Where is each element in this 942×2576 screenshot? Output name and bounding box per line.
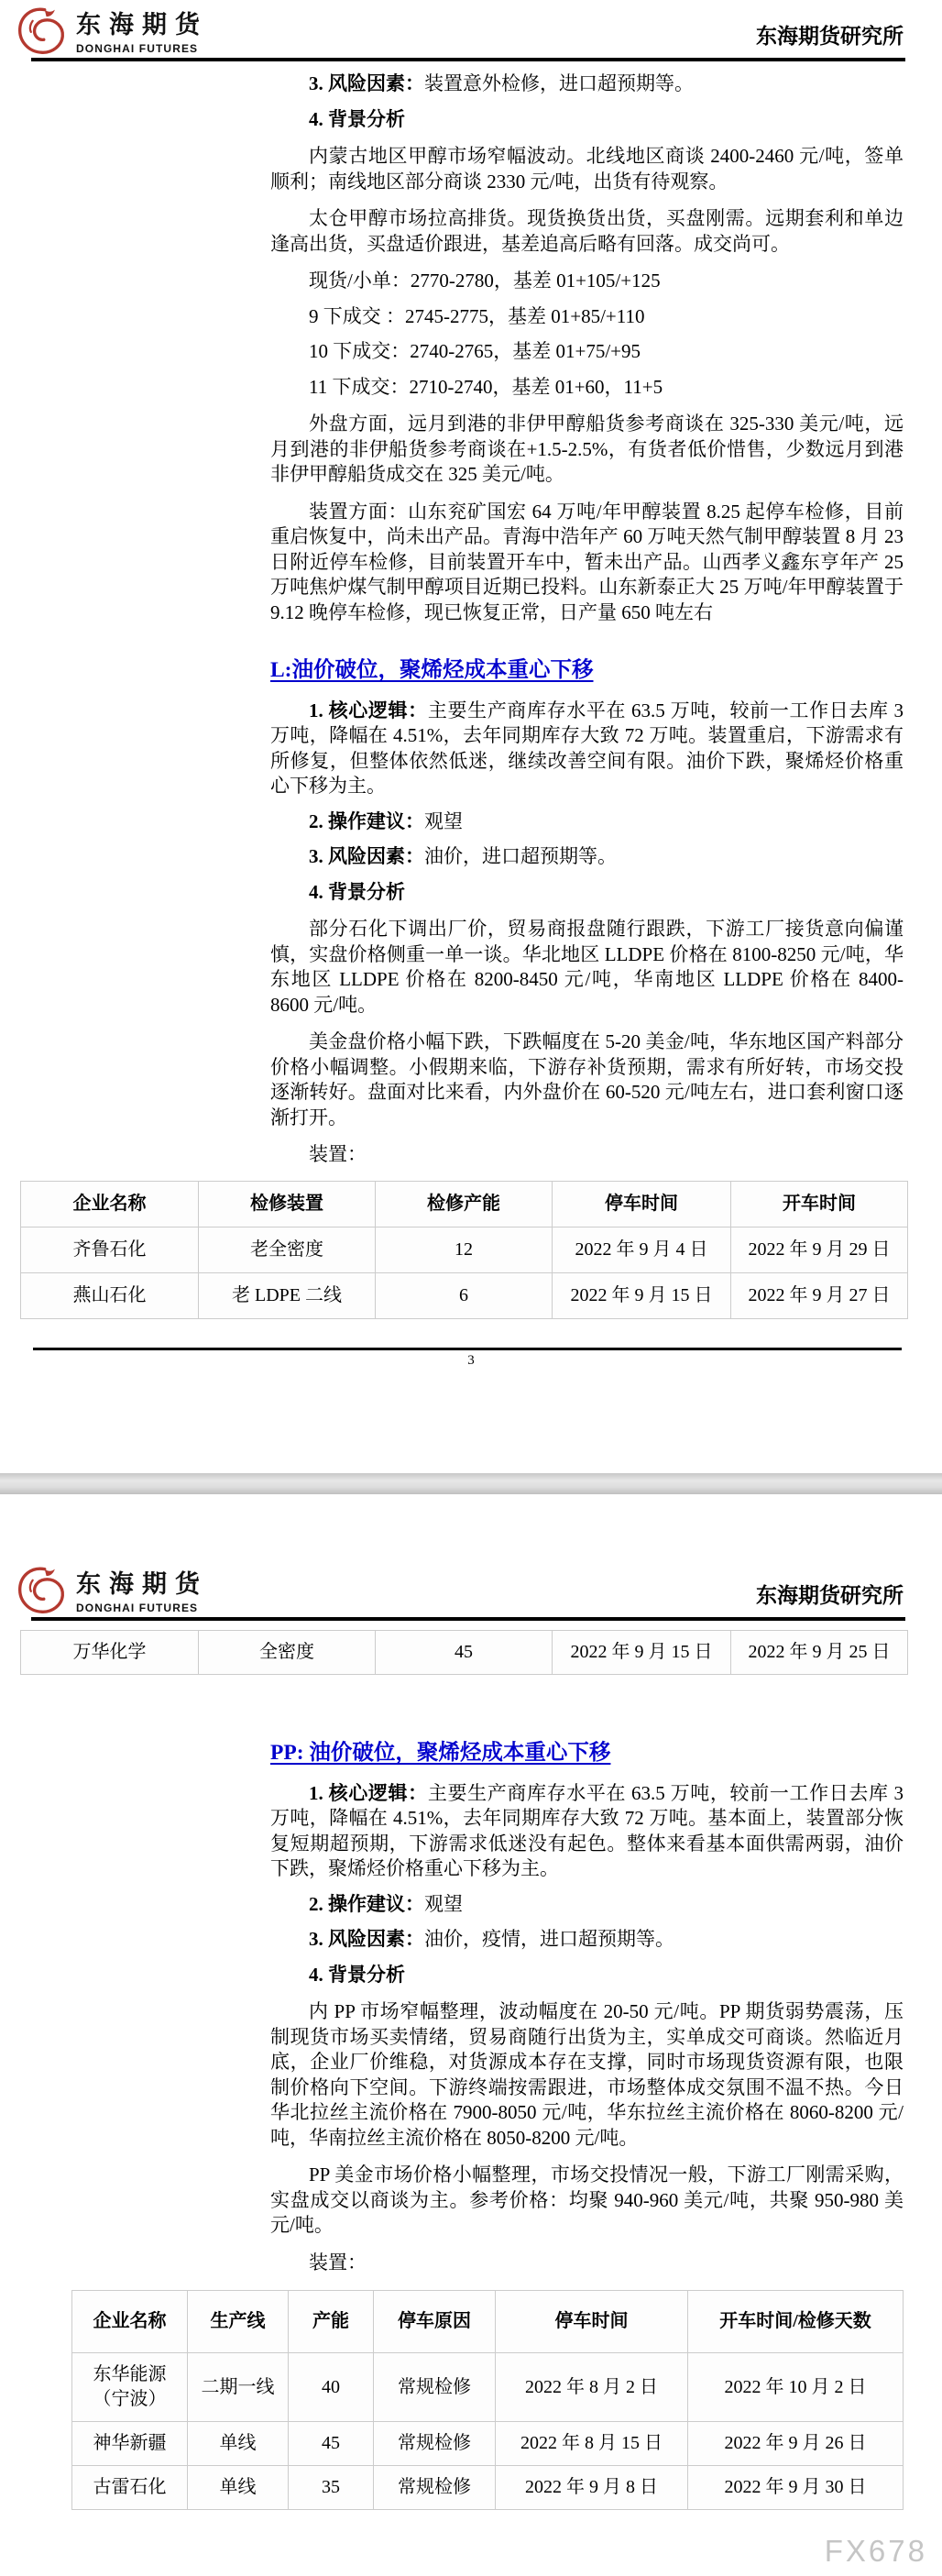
item-text: 观望 xyxy=(424,810,463,832)
table-cell: 40 xyxy=(289,2353,374,2422)
item-label: 1. 核心逻辑： xyxy=(309,699,428,721)
item-label: 4. 背景分析 xyxy=(309,1964,405,1986)
table-header-cell: 企业名称 xyxy=(72,2291,188,2353)
table-cell: 古雷石化 xyxy=(72,2466,188,2510)
pp-maintenance-table: 企业名称 生产线 产能 停车原因 停车时间 开车时间/检修天数 东华能源（宁波）… xyxy=(71,2290,904,2510)
table-cell: 常规检修 xyxy=(374,2422,496,2466)
table-cell: 东华能源（宁波） xyxy=(72,2353,188,2422)
table-row: 齐鲁石化 老全密度 12 2022 年 9 月 4 日 2022 年 9 月 2… xyxy=(21,1227,908,1272)
table-cell: 全密度 xyxy=(199,1631,376,1675)
price-quote-line: 11 下成交：2710-2740，基差 01+60，11+5 xyxy=(270,375,904,401)
background-analysis-item: 4. 背景分析 xyxy=(270,1963,904,1988)
brand-logo-text: 东海期货 DONGHAI FUTURES xyxy=(76,1564,208,1614)
brand-logo-text: 东海期货 DONGHAI FUTURES xyxy=(76,5,208,55)
price-quote-line: 9 下成交 ：2745-2775，基差 01+85/+110 xyxy=(270,304,904,330)
item-text: 油价，进口超预期等。 xyxy=(424,845,617,867)
research-institute-title: 东海期货研究所 xyxy=(756,19,904,55)
device-table-label: 装置： xyxy=(270,2251,904,2276)
table-cell: 2022 年 9 月 29 日 xyxy=(731,1227,908,1272)
table-cell: 万华化学 xyxy=(21,1631,199,1675)
table-cell: 2022 年 8 月 2 日 xyxy=(496,2353,688,2422)
header-rule xyxy=(31,58,905,61)
paragraph: PP 美金市场价格小幅整理，市场交投情况一般，下游工厂刚需采购，实盘成交以商谈为… xyxy=(270,2163,904,2239)
item-text: 油价，疫情，进口超预期等。 xyxy=(424,1928,674,1950)
dragon-logo-icon xyxy=(15,1565,68,1614)
table-cell: 2022 年 9 月 25 日 xyxy=(731,1631,908,1675)
table-cell: 45 xyxy=(289,2422,374,2466)
table-cell: 单线 xyxy=(188,2422,289,2466)
table-header-cell: 生产线 xyxy=(188,2291,289,2353)
brand-name-cn: 东海期货 xyxy=(76,5,208,40)
brand-name-en: DONGHAI FUTURES xyxy=(76,1602,208,1614)
fx678-watermark: FX678 xyxy=(825,2534,927,2569)
item-label: 3. 风险因素： xyxy=(309,1928,424,1950)
table-row: 燕山石化 老 LDPE 二线 6 2022 年 9 月 15 日 2022 年 … xyxy=(21,1272,908,1318)
page-header: 东海期货 DONGHAI FUTURES 东海期货研究所 xyxy=(0,0,942,58)
device-table-label: 装置： xyxy=(270,1142,904,1168)
table-cell: 常规检修 xyxy=(374,2353,496,2422)
paragraph: 部分石化下调出厂价，贸易商报盘随行跟跌，下游工厂接货意向偏谨慎，实盘价格侧重一单… xyxy=(270,917,904,1018)
price-quote-line: 10 下成交：2740-2765，基差 01+75/+95 xyxy=(270,339,904,365)
item-label: 2. 操作建议： xyxy=(309,1893,424,1915)
footer-rule xyxy=(33,1348,902,1350)
item-label: 4. 背景分析 xyxy=(309,881,405,903)
brand-logo: 东海期货 DONGHAI FUTURES xyxy=(15,5,208,55)
item-text: 装置意外检修，进口超预期等。 xyxy=(424,72,694,94)
advice-item: 2. 操作建议：观望 xyxy=(270,1892,904,1918)
table-cell: 12 xyxy=(376,1227,553,1272)
table-cell: 神华新疆 xyxy=(72,2422,188,2466)
table-cell: 2022 年 9 月 15 日 xyxy=(553,1631,731,1675)
table-cell: 老 LDPE 二线 xyxy=(199,1272,376,1318)
table-cell: 2022 年 9 月 30 日 xyxy=(688,2466,904,2510)
table-cell: 常规检修 xyxy=(374,2466,496,2510)
page-number: 3 xyxy=(0,1353,942,1369)
item-label: 4. 背景分析 xyxy=(309,108,405,130)
item-label: 1. 核心逻辑： xyxy=(309,1782,428,1804)
dragon-logo-icon xyxy=(15,6,68,55)
table-cell: 2022 年 9 月 15 日 xyxy=(553,1272,731,1318)
table-header-cell: 开车时间/检修天数 xyxy=(688,2291,904,2353)
table-cell: 2022 年 9 月 4 日 xyxy=(553,1227,731,1272)
table-cell: 老全密度 xyxy=(199,1227,376,1272)
brand-name-en: DONGHAI FUTURES xyxy=(76,42,208,55)
paragraph: 美金盘价格小幅下跌，下跌幅度在 5-20 美金/吨，华东地区国产料部分价格小幅调… xyxy=(270,1029,904,1130)
table-cell: 齐鲁石化 xyxy=(21,1227,199,1272)
table-cell: 2022 年 8 月 15 日 xyxy=(496,2422,688,2466)
page2-content: PP: 油价破位，聚烯烃成本重心下移 1. 核心逻辑：主要生产商库存水平在 63… xyxy=(270,1741,904,2275)
report-page-1: 东海期货 DONGHAI FUTURES 东海期货研究所 3. 风险因素：装置意… xyxy=(0,0,942,1473)
paragraph: 内蒙古地区甲醇市场窄幅波动。北线地区商谈 2400-2460 元/吨，签单顺利；… xyxy=(270,144,904,194)
paragraph: 外盘方面，远月到港的非伊甲醇船货参考商谈在 325-330 美元/吨，远月到港的… xyxy=(270,412,904,488)
table-cell: 2022 年 9 月 8 日 xyxy=(496,2466,688,2510)
table-header-cell: 产能 xyxy=(289,2291,374,2353)
risk-factors-item: 3. 风险因素：油价，疫情，进口超预期等。 xyxy=(270,1927,904,1953)
research-institute-title: 东海期货研究所 xyxy=(756,1579,904,1614)
table-header-cell: 停车原因 xyxy=(374,2291,496,2353)
table-cell: 45 xyxy=(376,1631,553,1675)
table-cell: 2022 年 9 月 27 日 xyxy=(731,1272,908,1318)
table-row: 神华新疆 单线 45 常规检修 2022 年 8 月 15 日 2022 年 9… xyxy=(72,2422,904,2466)
paragraph: 内 PP 市场窄幅整理，波动幅度在 20-50 元/吨。PP 期货弱势震荡，压制… xyxy=(270,1999,904,2151)
price-quote-line: 现货/小单：2770-2780，基差 01+105/+125 xyxy=(270,269,904,294)
brand-name-cn: 东海期货 xyxy=(76,1564,208,1600)
risk-factors-item: 3. 风险因素：油价，进口超预期等。 xyxy=(270,844,904,870)
table-cell: 2022 年 10 月 2 日 xyxy=(688,2353,904,2422)
table-header-cell: 检修装置 xyxy=(199,1181,376,1227)
table-row: 古雷石化 单线 35 常规检修 2022 年 9 月 8 日 2022 年 9 … xyxy=(72,2466,904,2510)
item-label: 3. 风险因素： xyxy=(309,72,424,94)
section-title-pp: PP: 油价破位，聚烯烃成本重心下移 xyxy=(270,1741,904,1767)
page1-content: 3. 风险因素：装置意外检修，进口超预期等。 4. 背景分析 内蒙古地区甲醇市场… xyxy=(270,72,904,1168)
table-cell: 2022 年 9 月 26 日 xyxy=(688,2422,904,2466)
table-header-cell: 停车时间 xyxy=(553,1181,731,1227)
report-page-2: 东海期货 DONGHAI FUTURES 东海期货研究所 万华化学 全密度 45… xyxy=(0,1494,942,2576)
table-cell: 二期一线 xyxy=(188,2353,289,2422)
section-title-l: L:油价破位，聚烯烃成本重心下移 xyxy=(270,658,904,684)
table-header-cell: 停车时间 xyxy=(496,2291,688,2353)
table-header-cell: 检修产能 xyxy=(376,1181,553,1227)
table-header-cell: 企业名称 xyxy=(21,1181,199,1227)
table-header-row: 企业名称 检修装置 检修产能 停车时间 开车时间 xyxy=(21,1181,908,1227)
background-analysis-item: 4. 背景分析 xyxy=(270,107,904,133)
advice-item: 2. 操作建议：观望 xyxy=(270,809,904,835)
table-cell: 6 xyxy=(376,1272,553,1318)
item-text: 观望 xyxy=(424,1893,463,1915)
item-label: 3. 风险因素： xyxy=(309,845,424,867)
paragraph: 太仓甲醇市场拉高排货。现货换货出货，买盘刚需。远期套利和单边逢高出货，买盘适价跟… xyxy=(270,206,904,257)
brand-logo: 东海期货 DONGHAI FUTURES xyxy=(15,1564,208,1614)
table-header-cell: 开车时间 xyxy=(731,1181,908,1227)
core-logic-item: 1. 核心逻辑：主要生产商库存水平在 63.5 万吨，较前一工作日去库 3 万吨… xyxy=(270,1781,904,1882)
page-header: 东海期货 DONGHAI FUTURES 东海期货研究所 xyxy=(0,1494,942,1617)
header-rule xyxy=(31,1617,905,1621)
core-logic-item: 1. 核心逻辑：主要生产商库存水平在 63.5 万吨，较前一工作日去库 3 万吨… xyxy=(270,699,904,799)
paragraph: 装置方面：山东兖矿国宏 64 万吨/年甲醇装置 8.25 起停车检修，目前重启恢… xyxy=(270,500,904,626)
background-analysis-item: 4. 背景分析 xyxy=(270,880,904,906)
l-maintenance-table-continued: 万华化学 全密度 45 2022 年 9 月 15 日 2022 年 9 月 2… xyxy=(20,1630,908,1675)
table-header-row: 企业名称 生产线 产能 停车原因 停车时间 开车时间/检修天数 xyxy=(72,2291,904,2353)
page-break-gap xyxy=(0,1473,942,1494)
table-cell: 单线 xyxy=(188,2466,289,2510)
l-maintenance-table: 企业名称 检修装置 检修产能 停车时间 开车时间 齐鲁石化 老全密度 12 20… xyxy=(20,1181,908,1319)
item-label: 2. 操作建议： xyxy=(309,810,424,832)
table-cell: 燕山石化 xyxy=(21,1272,199,1318)
risk-factors-item: 3. 风险因素：装置意外检修，进口超预期等。 xyxy=(270,72,904,97)
table-cell: 35 xyxy=(289,2466,374,2510)
table-row: 东华能源（宁波） 二期一线 40 常规检修 2022 年 8 月 2 日 202… xyxy=(72,2353,904,2422)
table-row: 万华化学 全密度 45 2022 年 9 月 15 日 2022 年 9 月 2… xyxy=(21,1631,908,1675)
